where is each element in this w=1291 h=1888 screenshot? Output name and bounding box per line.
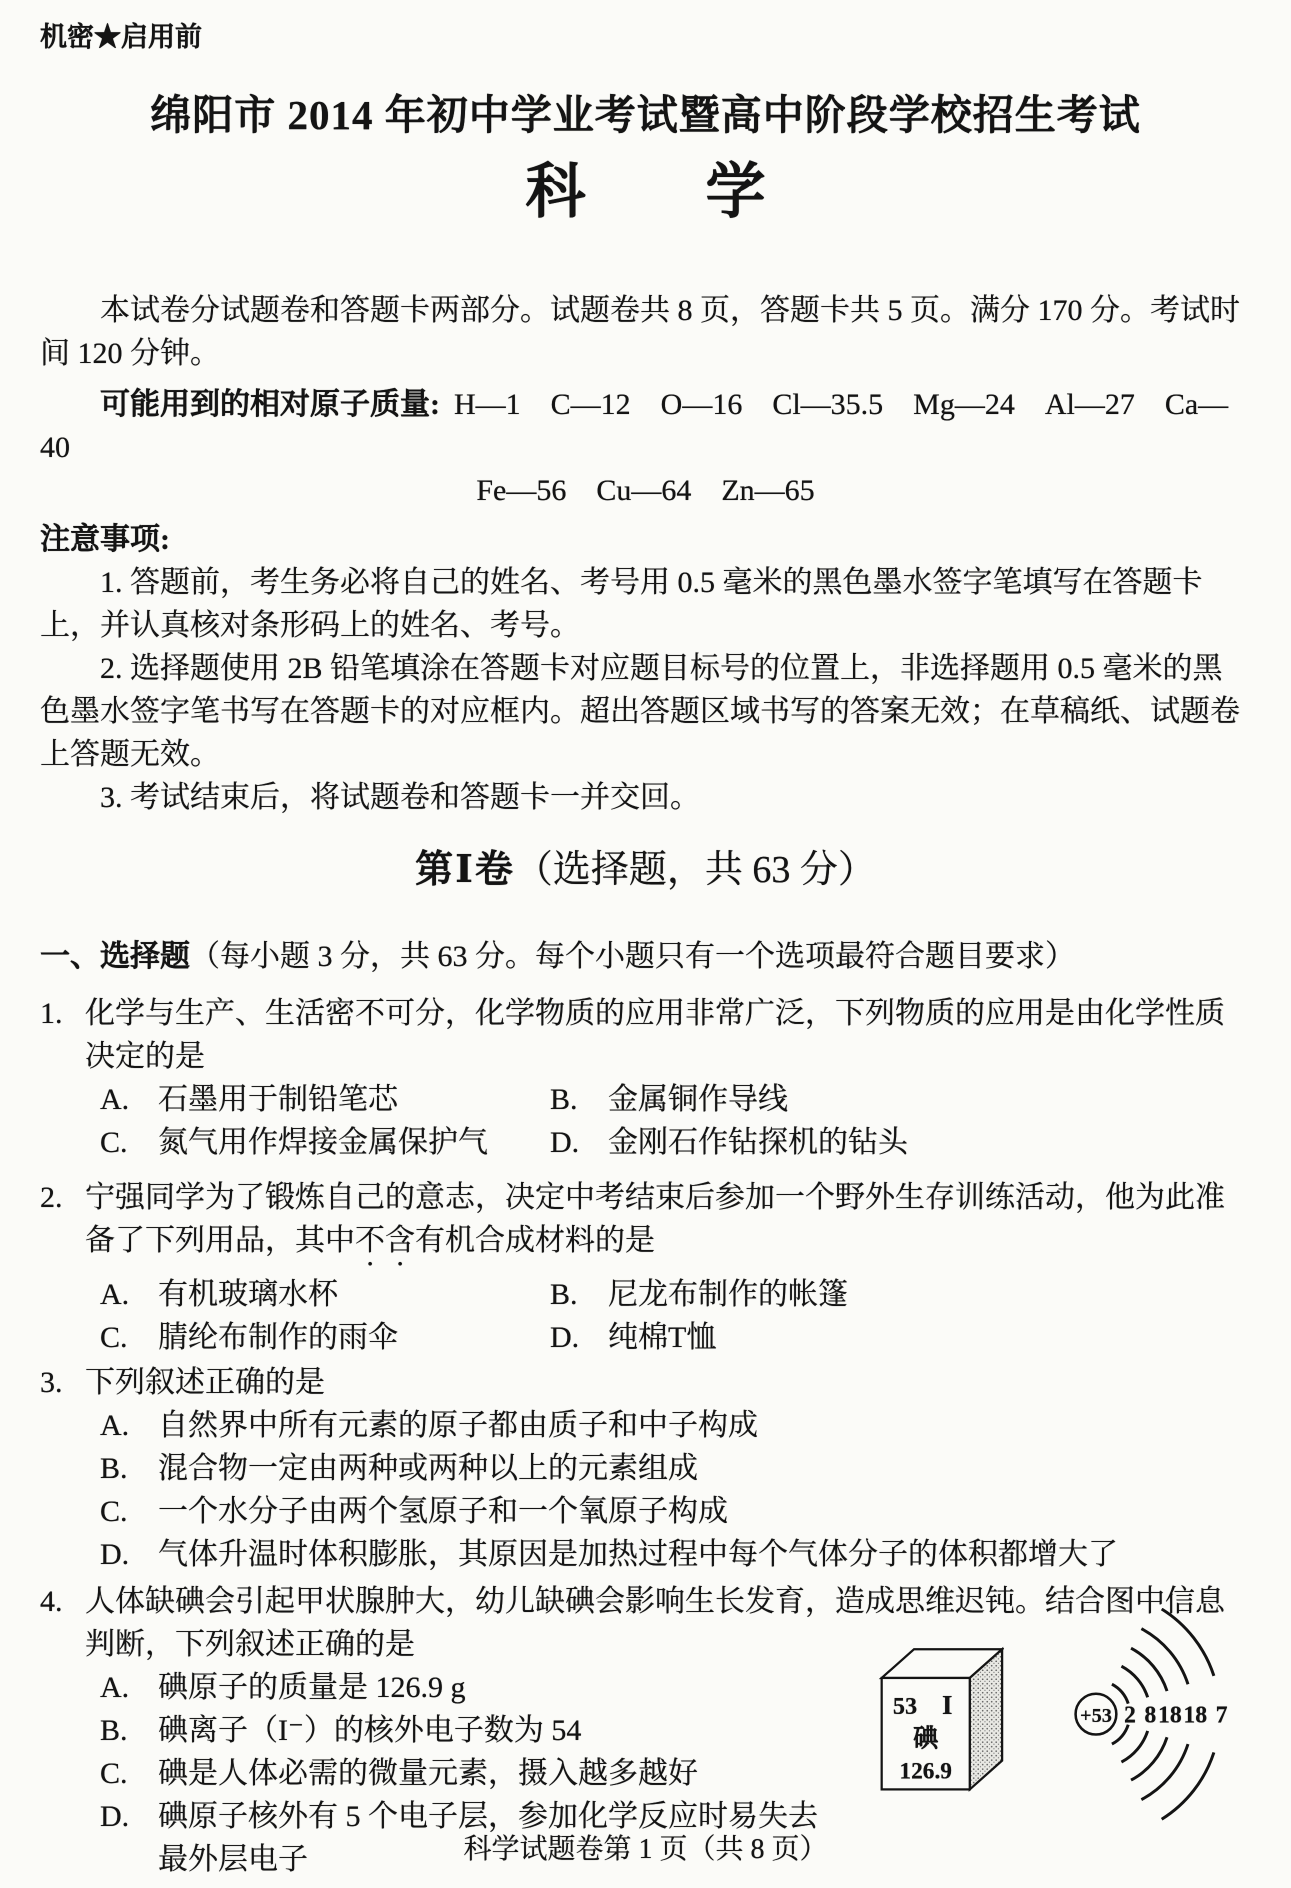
option-text: 气体升温时体积膨胀，其原因是加热过程中每个气体分子的体积都增大了 [158,1533,1118,1576]
option-label: B. [550,1078,608,1121]
atomic-masses-label: 可能用到的相对原子质量: [100,388,440,421]
question-1-number: 1. [40,992,85,1078]
question-1-option-b: B.金属铜作导线 [550,1078,1251,1121]
element-atomic-mass: 126.9 [899,1759,952,1785]
option-label: C. [100,1752,158,1795]
option-label: C. [100,1121,158,1164]
option-label: A. [100,1078,158,1121]
electron-shell-arc-3 [1131,1648,1167,1691]
question-1-option-d: D.金刚石作钻探机的钻头 [550,1121,1251,1164]
question-2-number: 2. [40,1176,85,1273]
option-label: A. [100,1666,158,1709]
option-label: A. [100,1273,158,1316]
exam-title: 绵阳市 2014 年初中学业考试暨高中阶段学校招生考试 [40,89,1251,141]
option-text: 腈纶布制作的雨伞 [158,1316,398,1359]
electron-shell-arc-3 [1131,1737,1167,1780]
notice-item-1: 1. 答题前，考生务必将自己的姓名、考号用 0.5 毫米的黑色墨水签字笔填写在答… [40,561,1251,647]
intro-paragraph: 本试卷分试题卷和答题卡两部分。试题卷共 8 页，答题卡共 5 页。满分 170 … [40,289,1251,375]
section-1-title: 第Ⅰ卷（选择题，共 63 分） [40,843,1251,897]
question-2-stem-emphasis: 不含 [355,1224,415,1257]
element-atomic-number: 53 [893,1693,917,1720]
question-1: 1. 化学与生产、生活密不可分，化学物质的应用非常广泛，下列物质的应用是由化学性… [40,992,1251,1164]
option-text: 一个水分子由两个氢原子和一个氧原子构成 [158,1490,728,1533]
shell-electron-count-5: 7 [1216,1703,1228,1729]
question-2: 2. 宁强同学为了锻炼自己的意志，决定中考结束后参加一个野外生存训练活动，他为此… [40,1176,1251,1359]
option-text: 混合物一定由两种或两种以上的元素组成 [158,1447,698,1490]
notices-block: 注意事项: 1. 答题前，考生务必将自己的姓名、考号用 0.5 毫米的黑色墨水签… [40,518,1251,819]
option-label: B. [100,1709,158,1752]
option-label: C. [100,1316,158,1359]
electron-shell-arc-5 [1162,1609,1214,1676]
option-label: D. [100,1533,158,1576]
option-text: 尼龙布制作的帐篷 [608,1273,848,1316]
shell-electron-count-1: 2 [1124,1703,1136,1729]
question-2-option-d: D.纯棉T恤 [550,1316,1251,1359]
classification-label: 机密★启用前 [40,16,1251,59]
electron-shell-arc-2 [1121,1666,1147,1697]
question-3-option-d: D.气体升温时体积膨胀，其原因是加热过程中每个气体分子的体积都增大了 [100,1533,1251,1576]
option-label: A. [100,1404,158,1447]
option-label: C. [100,1490,158,1533]
question-1-option-a: A.石墨用于制铅笔芯 [100,1078,550,1121]
question-1-stem: 化学与生产、生活密不可分，化学物质的应用非常广泛，下列物质的应用是由化学性质决定… [85,992,1233,1078]
question-1-options: A.石墨用于制铅笔芯 B.金属铜作导线 C.氮气用作焊接金属保护气 D.金刚石作… [100,1078,1251,1164]
question-2-stem-row: 2. 宁强同学为了锻炼自己的意志，决定中考结束后参加一个野外生存训练活动，他为此… [40,1176,1251,1273]
notices-title: 注意事项: [40,518,1251,561]
question-1-option-c: C.氮气用作焊接金属保护气 [100,1121,550,1164]
electron-shell-arc-4 [1141,1629,1188,1685]
question-3-options: A.自然界中所有元素的原子都由质子和中子构成 B.混合物一定由两种或两种以上的元… [100,1404,1251,1576]
atomic-masses-values-2: Fe—56 Cu—64 Zn—65 [40,469,1251,512]
question-2-stem-post: 有机合成材料的是 [415,1224,655,1257]
option-label: B. [100,1447,158,1490]
option-text: 金属铜作导线 [608,1078,788,1121]
question-2-stem: 宁强同学为了锻炼自己的意志，决定中考结束后参加一个野外生存训练活动，他为此准备了… [85,1176,1233,1273]
iodine-figure: 53 I 碘 126.9 +53 2 8 [878,1608,1287,1822]
option-text: 石墨用于制铅笔芯 [158,1078,398,1121]
question-3-stem-row: 3. 下列叙述正确的是 [40,1361,1251,1404]
choice-section-label: 一、选择题 [40,940,190,973]
electron-shell-arc-1 [1112,1684,1128,1703]
electron-shell-arc-4 [1141,1744,1188,1800]
option-label: B. [550,1273,608,1316]
question-3-option-c: C.一个水分子由两个氢原子和一个氧原子构成 [100,1490,1251,1533]
nucleus-charge: +53 [1080,1705,1112,1727]
choice-section-heading: 一、选择题（每小题 3 分，共 63 分。每个小题只有一个选项最符合题目要求） [40,935,1251,978]
option-text: 碘是人体必需的微量元素，摄入越多越好 [158,1752,698,1795]
exam-paper-page: 机密★启用前 绵阳市 2014 年初中学业考试暨高中阶段学校招生考试 科 学 本… [0,0,1291,1888]
option-text: 碘原子的质量是 126.9 g [158,1666,466,1709]
shell-electron-count-3: 18 [1158,1703,1182,1729]
question-3-stem: 下列叙述正确的是 [85,1361,1233,1404]
notice-item-2: 2. 选择题使用 2B 铅笔填涂在答题卡对应题目标号的位置上，非选择题用 0.5… [40,647,1251,776]
atomic-masses-line: 可能用到的相对原子质量:H—1 C—12 O—16 Cl—35.5 Mg—24 … [40,383,1251,469]
element-name: 碘 [913,1724,939,1752]
question-3-number: 3. [40,1361,85,1404]
subject-title: 科 学 [40,155,1251,229]
question-3-option-a: A.自然界中所有元素的原子都由质子和中子构成 [100,1404,1251,1447]
section-1-title-detail: （选择题，共 63 分） [515,849,876,891]
question-2-option-c: C.腈纶布制作的雨伞 [100,1316,550,1359]
iodine-atom-diagram: +53 2 8 18 18 7 [1062,1608,1287,1822]
option-label: D. [550,1121,608,1164]
question-4-number: 4. [40,1580,85,1666]
question-2-stem-pre: 宁强同学为了锻炼自己的意志，决定中考结束后参加一个野外生存训练活动，他为此准备了… [85,1181,1225,1257]
question-3-option-b: B.混合物一定由两种或两种以上的元素组成 [100,1447,1251,1490]
question-1-stem-row: 1. 化学与生产、生活密不可分，化学物质的应用非常广泛，下列物质的应用是由化学性… [40,992,1251,1078]
notice-item-3: 3. 考试结束后，将试题卷和答题卡一并交回。 [40,776,1251,819]
option-text: 纯棉T恤 [608,1316,716,1359]
electron-shell-arc-5 [1162,1752,1214,1819]
page-footer: 科学试题卷第 1 页（共 8 页） [0,1828,1291,1871]
iodine-element-cell: 53 I 碘 126.9 [878,1642,1004,1793]
option-text: 氮气用作焊接金属保护气 [158,1121,488,1164]
section-1-title-volume: 第Ⅰ卷 [415,849,515,891]
question-3: 3. 下列叙述正确的是 A.自然界中所有元素的原子都由质子和中子构成 B.混合物… [40,1361,1251,1576]
option-label: D. [550,1316,608,1359]
option-text: 有机玻璃水杯 [158,1273,338,1316]
shell-electron-count-2: 8 [1144,1703,1156,1729]
question-2-options: A.有机玻璃水杯 B.尼龙布制作的帐篷 C.腈纶布制作的雨伞 D.纯棉T恤 [100,1273,1251,1359]
shell-electron-count-4: 18 [1183,1703,1207,1729]
option-text: 碘离子（I⁻）的核外电子数为 54 [158,1709,581,1752]
option-text: 金刚石作钻探机的钻头 [608,1121,908,1164]
question-2-option-b: B.尼龙布制作的帐篷 [550,1273,1251,1316]
option-text: 自然界中所有元素的原子都由质子和中子构成 [158,1404,758,1447]
electron-shell-arc-2 [1121,1731,1147,1762]
question-2-option-a: A.有机玻璃水杯 [100,1273,550,1316]
element-symbol: I [942,1690,953,1720]
choice-section-detail: （每小题 3 分，共 63 分。每个小题只有一个选项最符合题目要求） [190,940,1075,973]
